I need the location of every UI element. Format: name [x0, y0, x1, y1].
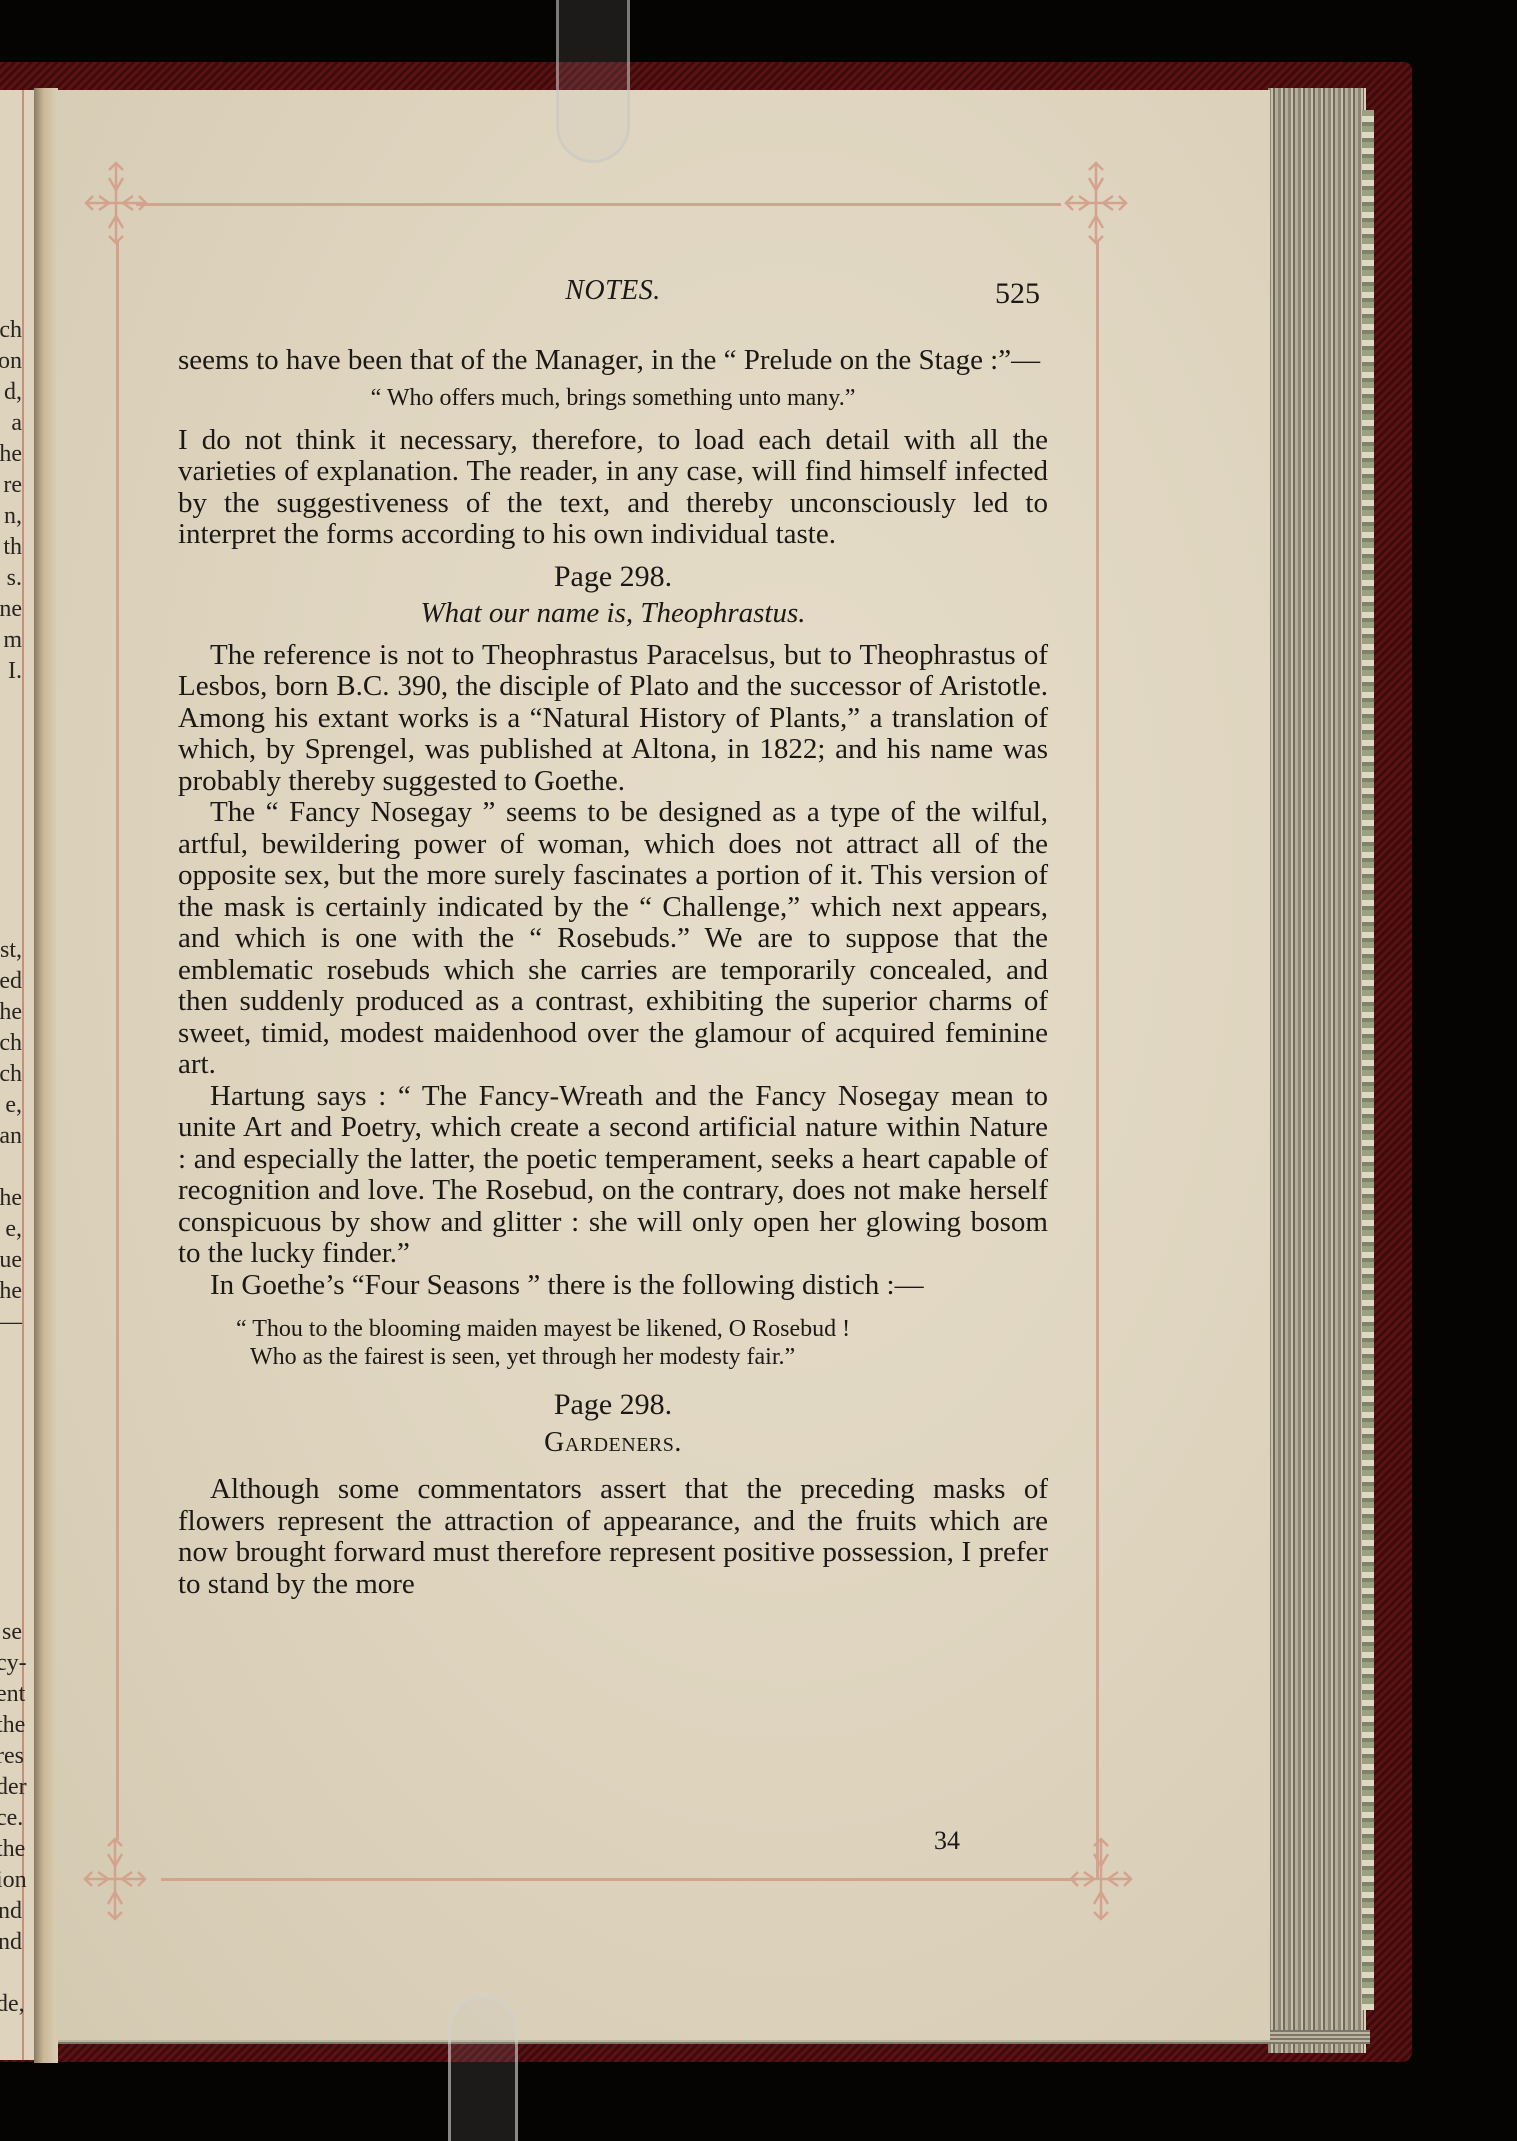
facing-page-fragment: I.: [0, 656, 22, 687]
paragraph: Hartung says : “ The Fancy-Wreath and th…: [178, 1081, 1048, 1270]
verse-line: “ Thou to the blooming maiden mayest be …: [236, 1315, 1048, 1343]
page-clip-top: [556, 0, 630, 163]
frame-rule-top: [136, 203, 1061, 206]
facing-page: chond,aheren,ths.nemI.st,edhechche,anhee…: [0, 90, 35, 2060]
verse-distich: “ Thou to the blooming maiden mayest be …: [236, 1315, 1048, 1371]
facing-page-fragment: the: [0, 1710, 22, 1741]
quotation: “ Who offers much, brings something unto…: [178, 383, 1048, 413]
running-head: NOTES.: [178, 275, 1048, 307]
facing-page-fragment: ue: [0, 1245, 22, 1276]
facing-page-fragment: he: [0, 1183, 22, 1214]
facing-page-fragment: e,: [0, 1214, 22, 1245]
facing-page-fragment: he: [0, 997, 22, 1028]
paragraph: I do not think it necessary, therefore, …: [178, 425, 1048, 551]
facing-page-fragment: re: [0, 470, 22, 501]
facing-page-fragment: ch: [0, 1059, 22, 1090]
facing-page-fragment: ent: [0, 1679, 22, 1710]
page-number: 525: [995, 277, 1040, 311]
paragraph: Although some commentators assert that t…: [178, 1474, 1048, 1600]
facing-page-fragment: ch: [0, 315, 22, 346]
facing-page-fragment: on: [0, 346, 22, 377]
facing-page-fragment: ed: [0, 966, 22, 997]
facing-page-fragment: nd: [0, 1896, 22, 1927]
section-page-reference: Page 298.: [178, 561, 1048, 593]
paragraph: The reference is not to Theophrastus Par…: [178, 640, 1048, 798]
facing-page-fragment: an: [0, 1121, 22, 1152]
corner-ornament-icon: [80, 1834, 150, 1924]
facing-page-fragment: st,: [0, 935, 22, 966]
section-title: Gardeners.: [178, 1427, 1048, 1459]
facing-page-fragment: ch: [0, 1028, 22, 1059]
signature-mark: 34: [934, 1826, 960, 1856]
page-clip-bottom: [448, 1995, 518, 2141]
facing-page-fragment: n,: [0, 501, 22, 532]
facing-page-fragment: der: [0, 1772, 22, 1803]
facing-page-fragment: the: [0, 1834, 22, 1865]
section-page-reference: Page 298.: [178, 1389, 1048, 1421]
frame-rule-left: [116, 240, 119, 1840]
facing-page-fragment: cy-: [0, 1648, 22, 1679]
facing-page-fragment: a: [0, 408, 22, 439]
frame-rule-right: [1096, 240, 1099, 1880]
paragraph: The “ Fancy Nosegay ” seems to be design…: [178, 797, 1048, 1081]
gutter: [34, 88, 58, 2063]
corner-ornament-icon: [1066, 1834, 1136, 1924]
facing-page-fragment: he: [0, 439, 22, 470]
facing-page-fragment: th: [0, 532, 22, 563]
page-body: seems to have been that of the Manager, …: [178, 345, 1048, 1600]
facing-page-fragment: e,: [0, 1090, 22, 1121]
corner-ornament-icon: [81, 158, 151, 248]
facing-page-fragment: ne: [0, 594, 22, 625]
marbled-edge: [1362, 110, 1374, 2010]
facing-page-fragment: de,: [0, 1989, 22, 2020]
facing-page-fragment: m: [0, 625, 22, 656]
paragraph: In Goethe’s “Four Seasons ” there is the…: [178, 1270, 1048, 1302]
frame-rule-bottom: [161, 1878, 1076, 1881]
facing-page-fragment: d,: [0, 377, 22, 408]
facing-page-fragment: he: [0, 1276, 22, 1307]
facing-page-fragment: ce.: [0, 1803, 22, 1834]
facing-page-fragment: s.: [0, 563, 22, 594]
page-fore-edge: [1268, 88, 1366, 2053]
facing-page-fragment: ion: [0, 1865, 22, 1896]
facing-page-fragment: —: [0, 1307, 22, 1338]
corner-ornament-icon: [1061, 158, 1131, 248]
paragraph: seems to have been that of the Manager, …: [178, 345, 1048, 377]
verse-line: Who as the fairest is seen, yet through …: [236, 1343, 1048, 1371]
page-header: NOTES. 525: [178, 275, 1048, 315]
facing-page-fragment: nd: [0, 1927, 22, 1958]
facing-page-fragment: se: [0, 1617, 22, 1648]
facing-page-fragment: res: [0, 1741, 22, 1772]
section-title: What our name is, Theophrastus.: [178, 598, 1048, 630]
